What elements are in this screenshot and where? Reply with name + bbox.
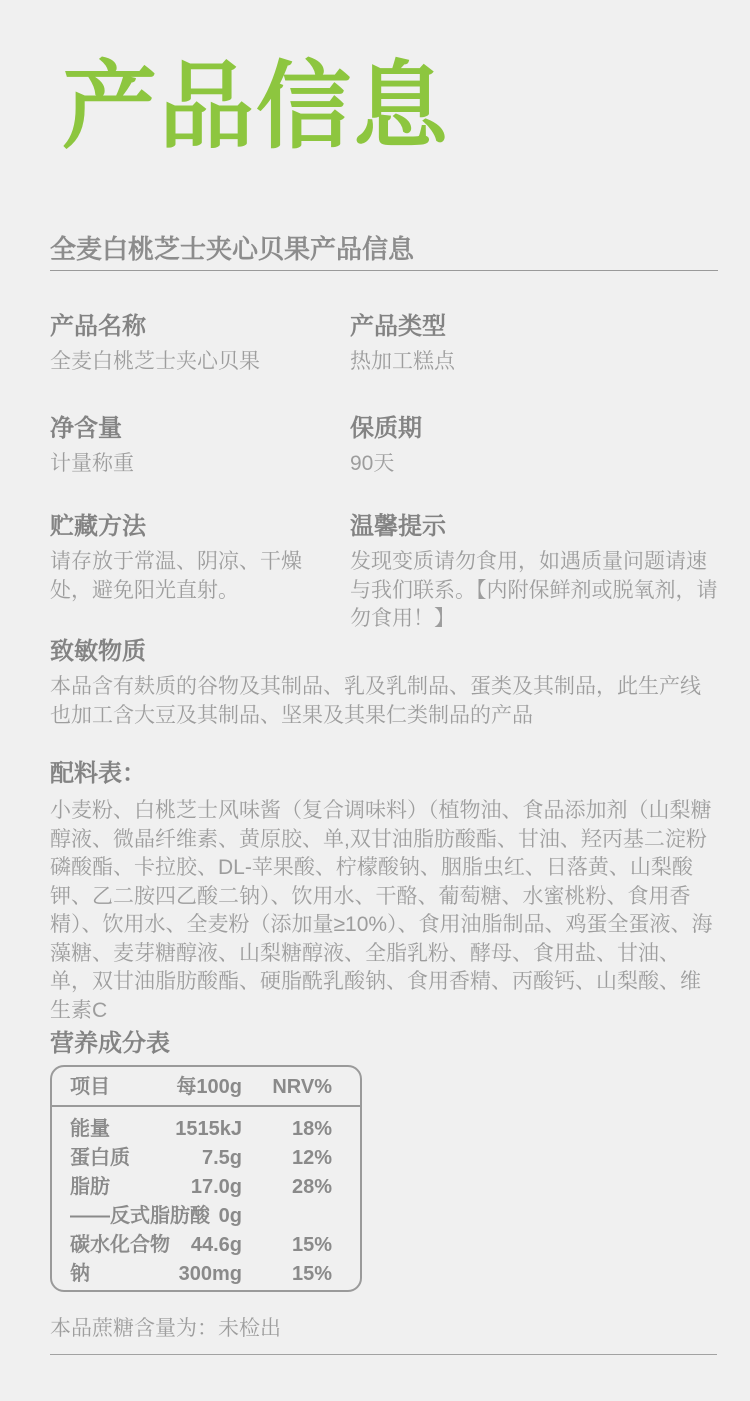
- row-item: ——反式脂肪酸: [70, 1202, 210, 1231]
- row-value: 7.5g: [202, 1144, 242, 1173]
- row-value: 0g: [219, 1202, 242, 1231]
- row-item: 碳水化合物: [70, 1231, 170, 1260]
- row-item: 钠: [70, 1260, 90, 1289]
- section-label: 营养成分表: [50, 1028, 170, 1060]
- section-net-content: 净含量 计量称重: [50, 413, 330, 479]
- row-nrv: 15%: [292, 1231, 332, 1260]
- row-item: 能量: [70, 1115, 110, 1144]
- table-row: 碳水化合物 44.6g 15%: [52, 1231, 360, 1260]
- section-product-type: 产品类型 热加工糕点: [350, 311, 718, 377]
- section-label: 配料表：: [50, 758, 720, 790]
- nutrition-table: 项目 每100g NRV% 能量 1515kJ 18% 蛋白质 7.5g 12%…: [50, 1065, 362, 1292]
- section-shelf-life: 保质期 90天: [350, 413, 718, 479]
- section-nutrition-heading: 营养成分表: [50, 1028, 170, 1060]
- row-value: 300mg: [179, 1260, 242, 1289]
- ingredients-text: 小麦粉、白桃芝士风味酱（复合调味料）（植物油、食品添加剂（山梨糖醇液、微晶纤维素…: [50, 797, 720, 1025]
- section-label: 产品名称: [50, 311, 330, 343]
- row-value: 1515kJ: [175, 1115, 242, 1144]
- row-item: 蛋白质: [70, 1144, 130, 1173]
- row-value: 44.6g: [191, 1231, 242, 1260]
- section-value: 发现变质请勿食用，如遇质量问题请速与我们联系。【内附保鲜剂或脱氧剂，请勿食用！】: [350, 548, 718, 634]
- page-title: 产品信息: [62, 60, 450, 155]
- section-ingredients: 配料表： 小麦粉、白桃芝士风味酱（复合调味料）（植物油、食品添加剂（山梨糖醇液、…: [50, 758, 720, 1025]
- sucrose-note: 本品蔗糖含量为：未检出: [50, 1315, 281, 1343]
- row-nrv: 18%: [292, 1115, 332, 1144]
- nutrition-table-body: 能量 1515kJ 18% 蛋白质 7.5g 12% 脂肪 17.0g 28% …: [52, 1115, 360, 1289]
- section-product-name: 产品名称 全麦白桃芝士夹心贝果: [50, 311, 330, 377]
- header-nrv: NRV%: [272, 1069, 332, 1105]
- product-subtitle: 全麦白桃芝士夹心贝果产品信息: [50, 232, 718, 266]
- nutrition-table-header: 项目 每100g NRV%: [52, 1069, 360, 1107]
- section-label: 保质期: [350, 413, 718, 445]
- section-label: 致敏物质: [50, 636, 718, 668]
- row-nrv: 12%: [292, 1144, 332, 1173]
- allergen-text: 本品含有麸质的谷物及其制品、乳及乳制品、蛋类及其制品，此生产线也加工含大豆及其制…: [50, 673, 718, 730]
- header-per100g: 每100g: [176, 1069, 242, 1105]
- product-subtitle-underline: 全麦白桃芝士夹心贝果产品信息: [50, 232, 718, 271]
- row-nrv: 15%: [292, 1260, 332, 1289]
- section-value: 全麦白桃芝士夹心贝果: [50, 348, 330, 377]
- section-warm-tips: 温馨提示 发现变质请勿食用，如遇质量问题请速与我们联系。【内附保鲜剂或脱氧剂，请…: [350, 511, 718, 634]
- row-nrv: 28%: [292, 1173, 332, 1202]
- row-value: 17.0g: [191, 1173, 242, 1202]
- section-allergens: 致敏物质 本品含有麸质的谷物及其制品、乳及乳制品、蛋类及其制品，此生产线也加工含…: [50, 636, 718, 730]
- section-value: 请存放于常温、阴凉、干燥处，避免阳光直射。: [50, 548, 330, 605]
- section-label: 净含量: [50, 413, 330, 445]
- table-row: 能量 1515kJ 18%: [52, 1115, 360, 1144]
- section-label: 产品类型: [350, 311, 718, 343]
- table-row: 蛋白质 7.5g 12%: [52, 1144, 360, 1173]
- section-label: 温馨提示: [350, 511, 718, 543]
- section-value: 计量称重: [50, 450, 330, 479]
- table-row: 脂肪 17.0g 28%: [52, 1173, 360, 1202]
- section-storage-method: 贮藏方法 请存放于常温、阴凉、干燥处，避免阳光直射。: [50, 511, 330, 605]
- bottom-divider: [50, 1354, 717, 1355]
- table-row: ——反式脂肪酸 0g: [52, 1202, 360, 1231]
- row-item: 脂肪: [70, 1173, 110, 1202]
- section-label: 贮藏方法: [50, 511, 330, 543]
- table-row: 钠 300mg 15%: [52, 1260, 360, 1289]
- product-info-page: 产品信息 全麦白桃芝士夹心贝果产品信息 产品名称 全麦白桃芝士夹心贝果 产品类型…: [0, 0, 750, 1401]
- section-value: 90天: [350, 450, 718, 479]
- header-item: 项目: [70, 1069, 110, 1105]
- section-value: 热加工糕点: [350, 348, 718, 377]
